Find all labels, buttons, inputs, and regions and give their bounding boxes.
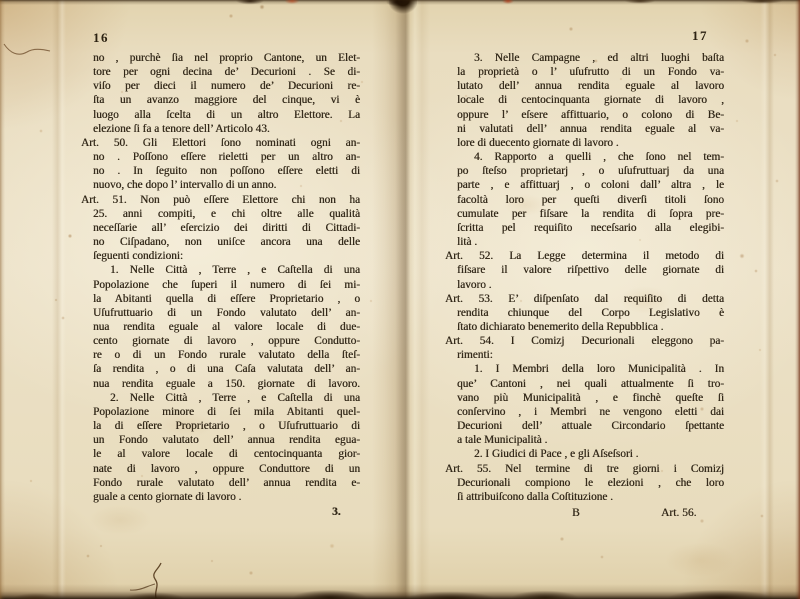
text-line: rimenti: <box>457 348 724 362</box>
signature-mark: B <box>572 507 580 519</box>
text-line: Art. 53. E’ diſpenſato dal requiſito di … <box>445 292 724 306</box>
text-line: conſervino , i Membri ne vengono eletti … <box>457 405 724 419</box>
text-line: fiſsare il valore riſpettivo delle giorn… <box>457 263 724 277</box>
text-line: cumulate per fiſsare la rendita di ſopra… <box>457 207 724 221</box>
text-line: la proprietà o l’ uſufrutto di un Fondo … <box>457 65 724 79</box>
page-edge-left <box>0 0 5 599</box>
text-line: ſi attribuiſcono dalla Coſtituzione . <box>457 490 724 504</box>
text-line: 3. Nelle Campagne , ed altri luoghi baſt… <box>474 51 724 65</box>
page-number-right: 17 <box>692 28 708 44</box>
page-edge-bottom <box>0 582 800 599</box>
text-line: 4. Rapporto a quelli , che ſono nel tem- <box>474 150 724 164</box>
text-line: 1. I Membri della loro Municipalità . In <box>474 362 724 376</box>
text-line: Art. 55. Nel termine di tre giorni i Com… <box>445 462 724 476</box>
text-line: parte , e affittuarj , o coloni dall’ al… <box>457 178 724 192</box>
text-line: locale di centocinquanta giornate di lav… <box>457 93 724 107</box>
text-line: lore di duecento giornate di lavoro . <box>457 136 724 150</box>
catchword-right: Art. 56. <box>661 507 696 519</box>
text-line: lutato dell’ annua rendita eguale al lav… <box>457 79 724 93</box>
text-line: ſcritta pel requiſito neceſsario alla el… <box>457 221 724 235</box>
text-line: facoltà loro per queſti diverſi titoli ſ… <box>457 193 724 207</box>
text-line: ni valutati dell’ annua rendita eguale a… <box>457 122 724 136</box>
text-line: ſtato dichiarato benemerito della Repubb… <box>457 320 724 334</box>
text-line: 2. I Giudici di Pace , e gli Aſseſsori . <box>474 447 724 461</box>
text-line: oppure l’ eſsere affittuario, o colono d… <box>457 108 724 122</box>
text-line: a tale Municipalità . <box>457 433 724 447</box>
book-spread: 16 no , purchè ſia nel proprio Cantone, … <box>0 0 800 599</box>
text-line: lità . <box>457 235 724 249</box>
text-line: po ſteſso proprietarj , o uſufruttuarj d… <box>457 164 724 178</box>
text-line: vano più Municipalità , e finchè queſte … <box>457 391 724 405</box>
text-line: lavoro . <box>457 278 724 292</box>
text-line: Decurionali compiono le elezioni , che l… <box>457 476 724 490</box>
text-line: Art. 52. La Legge determina il metodo di <box>445 249 724 263</box>
page-edge-top <box>0 0 800 7</box>
page-edge-right <box>795 0 800 599</box>
text-line: Art. 54. I Comizj Decurionali eleggono p… <box>445 334 724 348</box>
text-line: Decurioni dell’ attuale Circondario ſpet… <box>457 419 724 433</box>
text-line: rendita chiunque del Corpo Legislativo è <box>457 306 724 320</box>
text-block-right: 3. Nelle Campagne , ed altri luoghi baſt… <box>445 51 724 504</box>
page-right: 17 3. Nelle Campagne , ed altri luoghi b… <box>0 0 800 599</box>
text-line: que’ Cantoni , nei quali attualmente ſi … <box>457 377 724 391</box>
